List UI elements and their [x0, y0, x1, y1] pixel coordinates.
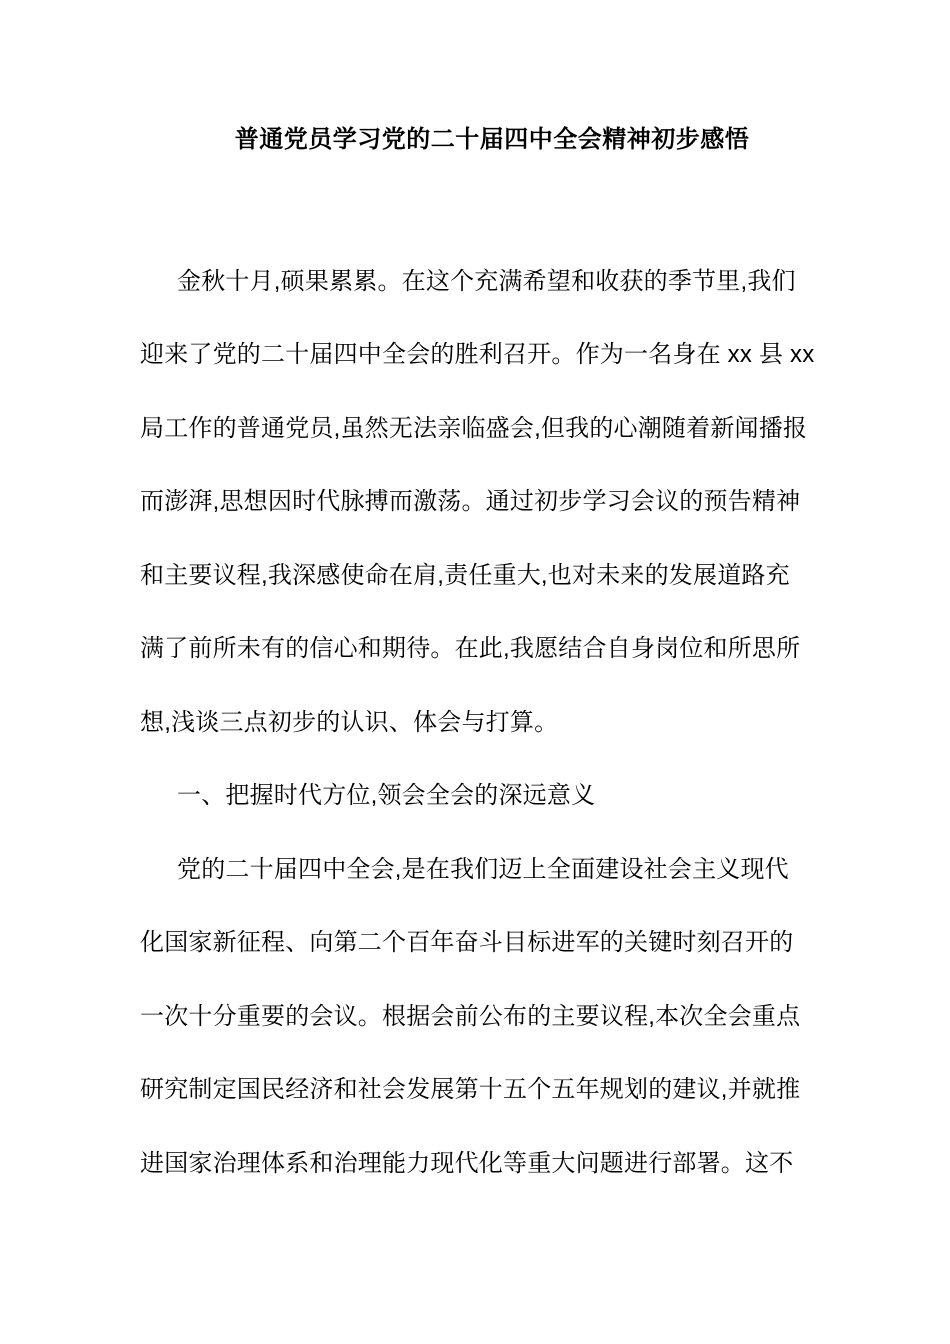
- paragraph-line: 一次十分重要的会议。根据会前公布的主要议程,本次全会重点: [140, 980, 810, 1054]
- paragraph-line: 研究制定国民经济和社会发展第十五个五年规划的建议,并就推: [140, 1053, 810, 1127]
- document-title: 普通党员学习党的二十届四中全会精神初步感悟: [140, 103, 810, 177]
- paragraph-line: 党的二十届四中全会,是在我们迈上全面建设社会主义现代: [140, 833, 810, 907]
- document-page: 普通党员学习党的二十届四中全会精神初步感悟 金秋十月,硕果累累。在这个充满希望和…: [0, 0, 950, 1344]
- paragraph-line: 化国家新征程、向第二个百年奋斗目标进军的关键时刻召开的: [140, 906, 810, 980]
- paragraph-line: 而澎湃,思想因时代脉搏而激荡。通过初步学习会议的预告精神: [140, 465, 810, 539]
- paragraph-line: 迎来了党的二十届四中全会的胜利召开。作为一名身在 xx 县 xx: [140, 318, 810, 392]
- paragraph-line: 局工作的普通党员,虽然无法亲临盛会,但我的心潮随着新闻播报: [140, 392, 810, 466]
- section-heading-line: 一、把握时代方位,领会全会的深远意义: [140, 759, 810, 833]
- paragraph-line: 满了前所未有的信心和期待。在此,我愿结合自身岗位和所思所: [140, 612, 810, 686]
- paragraph-line: 和主要议程,我深感使命在肩,责任重大,也对未来的发展道路充: [140, 539, 810, 613]
- paragraph-line: 进国家治理体系和治理能力现代化等重大问题进行部署。这不: [140, 1127, 810, 1201]
- paragraph-line: 想,浅谈三点初步的认识、体会与打算。: [140, 686, 810, 760]
- paragraph-line: 金秋十月,硕果累累。在这个充满希望和收获的季节里,我们: [140, 245, 810, 319]
- document-body: 金秋十月,硕果累累。在这个充满希望和收获的季节里,我们迎来了党的二十届四中全会的…: [140, 245, 810, 1201]
